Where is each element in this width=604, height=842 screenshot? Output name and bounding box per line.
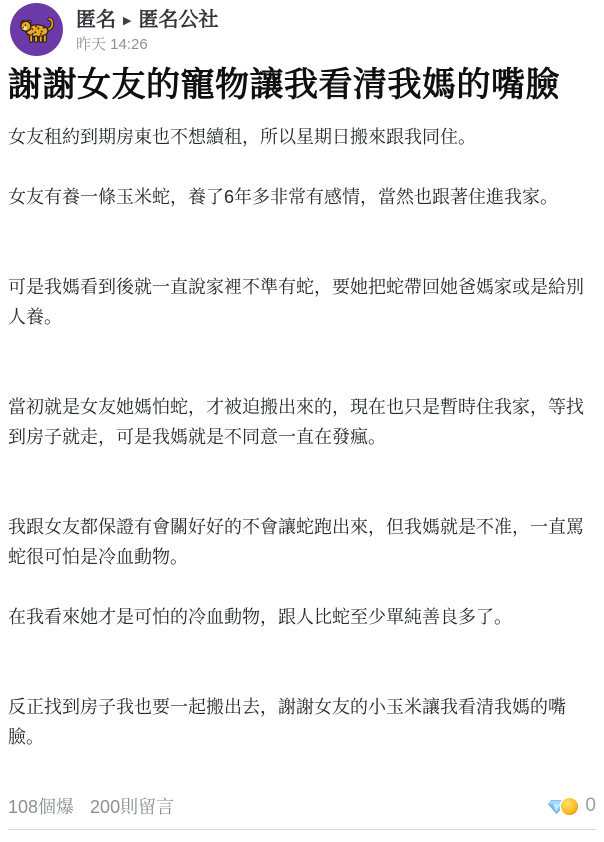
post-blank-line [8, 362, 596, 392]
arrow-right-icon: ▶ [116, 9, 138, 33]
post-blank-line [8, 332, 596, 362]
avatar[interactable] [10, 3, 63, 56]
post-blank-line [8, 242, 596, 272]
footer-counts: 108個爆 200則留言 [8, 793, 174, 819]
post-paragraph: 在我看來她才是可怕的冷血動物，跟人比蛇至少單純善良多了。 [8, 602, 596, 632]
post-paragraph: 女友租約到期房東也不想續租，所以星期日搬來跟我同住。 [8, 122, 596, 152]
post-paragraph: 女友有養一條玉米蛇，養了6年多非常有感情，當然也跟著住進我家。 [8, 182, 596, 212]
community-name[interactable]: 匿名公社 [138, 8, 218, 32]
post-body: 女友租約到期房東也不想續租，所以星期日搬來跟我同住。女友有養一條玉米蛇，養了6年… [8, 122, 596, 752]
reaction-badges[interactable] [547, 797, 578, 816]
post-blank-line [8, 572, 596, 602]
post-page: 匿名 ▶ 匿名公社 昨天 14:26 謝謝女友的寵物讓我看清我媽的嘴臉 女友租約… [0, 0, 604, 842]
post-blank-line [8, 662, 596, 692]
author-name[interactable]: 匿名 [76, 8, 116, 32]
post-title: 謝謝女友的寵物讓我看清我媽的嘴臉 [8, 64, 596, 106]
post-paragraph: 可是我媽看到後就一直說家裡不準有蛇，要她把蛇帶回她爸媽家或是給別人養。 [8, 272, 596, 332]
reaction-summary[interactable]: 108個爆 [8, 793, 74, 819]
name-row: 匿名 ▶ 匿名公社 [76, 8, 218, 32]
footer-reactions: 0 [547, 795, 596, 817]
post-blank-line [8, 482, 596, 512]
post-header: 匿名 ▶ 匿名公社 昨天 14:26 [10, 0, 596, 56]
post-blank-line [8, 212, 596, 242]
post-paragraph: 我跟女友都保證有會關好好的不會讓蛇跑出來，但我媽就是不准，一直罵蛇很可怕是冷血動… [8, 512, 596, 572]
leopard-icon [18, 11, 56, 49]
post-blank-line [8, 632, 596, 662]
post-blank-line [8, 152, 596, 182]
post-footer: 108個爆 200則留言 0 [8, 794, 596, 818]
footer-divider [8, 829, 596, 830]
post-paragraph: 反正找到房子我也要一起搬出去，謝謝女友的小玉米讓我看清我媽的嘴臉。 [8, 692, 596, 752]
reaction-count: 0 [585, 795, 596, 817]
comment-count[interactable]: 200則留言 [90, 793, 174, 819]
post-paragraph: 當初就是女友她媽怕蛇，才被迫搬出來的，現在也只是暫時住我家，等找到房子就走，可是… [8, 392, 596, 452]
post-timestamp[interactable]: 昨天 14:26 [76, 36, 218, 53]
post-blank-line [8, 452, 596, 482]
header-meta: 匿名 ▶ 匿名公社 昨天 14:26 [76, 3, 218, 53]
gold-coin-icon [561, 798, 578, 815]
